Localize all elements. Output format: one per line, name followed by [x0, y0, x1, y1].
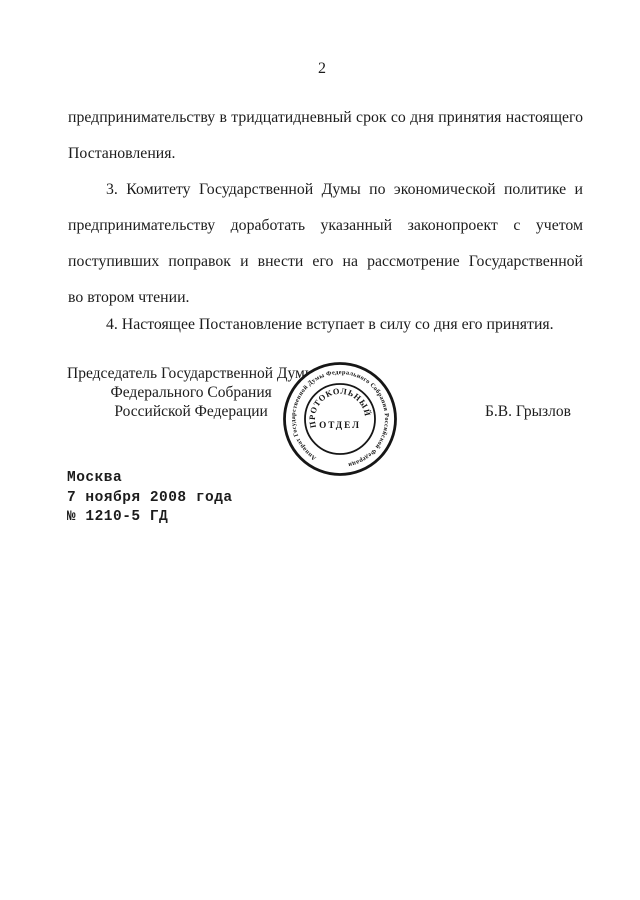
text-line: поступивших поправок и внести его на рас… [68, 244, 583, 280]
stamp-outer-circle [285, 364, 396, 475]
signature-title-block: Председатель Государственной Думы Федера… [67, 364, 315, 421]
paragraph: 4. Настоящее Постановление вступает в си… [68, 307, 583, 343]
footer-doc-number: № 1210-5 ГД [67, 508, 233, 528]
text-line: 3. Комитету Государственной Думы по экон… [68, 172, 583, 208]
page-number: 2 [0, 60, 640, 78]
protocol-department-stamp-icon: Аппарат Государственной Думы Федеральног… [281, 360, 399, 478]
text-line: предпринимательству доработать указанный… [68, 208, 583, 244]
footer-date: 7 ноября 2008 года [67, 489, 233, 509]
signer-name: Б.В. Грызлов [485, 403, 571, 421]
stamp-center-text: ОТДЕЛ [319, 420, 361, 430]
paragraph: 3. Комитету Государственной Думы по экон… [68, 172, 583, 316]
signature-title-line: Федерального Собрания [67, 383, 315, 402]
text-line: Постановления. [68, 136, 583, 172]
text-line: предпринимательству в тридцатидневный ср… [68, 100, 583, 136]
paragraph: предпринимательству в тридцатидневный ср… [68, 100, 583, 172]
body-text: предпринимательству в тридцатидневный ср… [68, 100, 583, 343]
signature-title-line: Российской Федерации [67, 402, 315, 421]
signature-title-line: Председатель Государственной Думы [67, 364, 315, 383]
document-page: 2 предпринимательству в тридцатидневный … [0, 0, 640, 900]
footer-block: Москва 7 ноября 2008 года № 1210-5 ГД [67, 469, 233, 528]
text-line: 4. Настоящее Постановление вступает в си… [68, 307, 583, 343]
footer-city: Москва [67, 469, 233, 489]
